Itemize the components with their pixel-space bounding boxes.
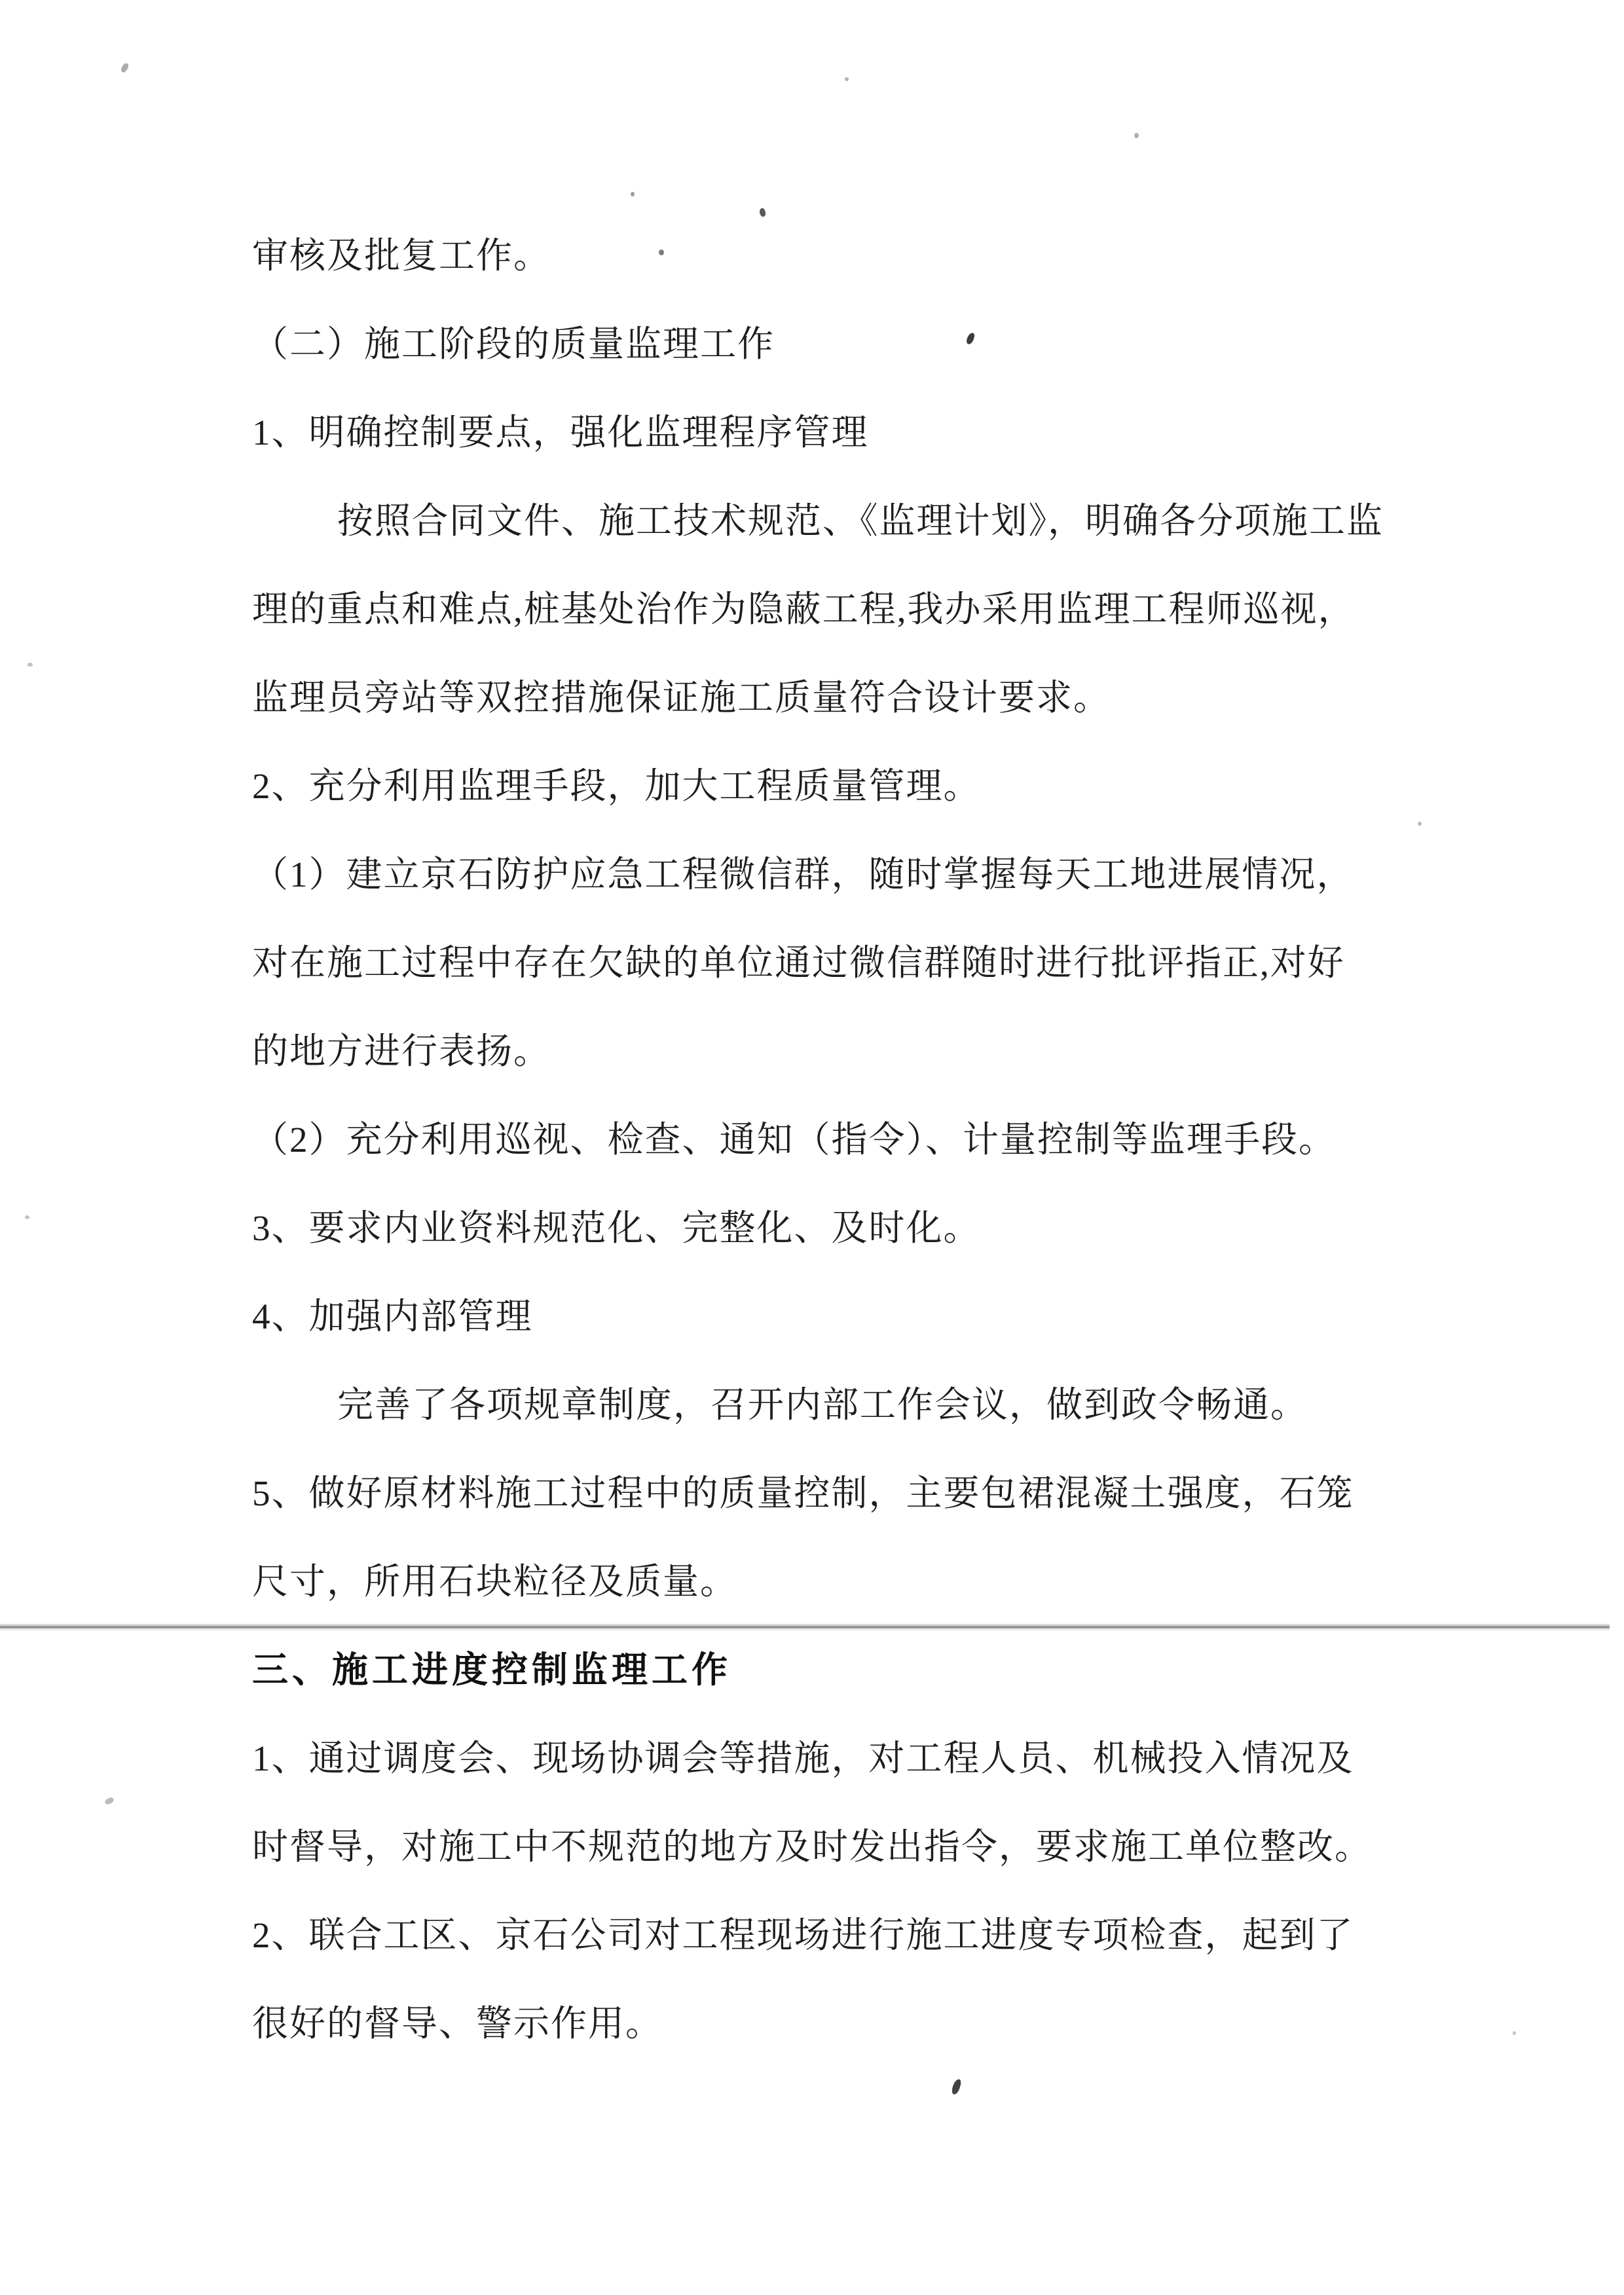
scan-speck: [631, 192, 635, 196]
text-line-11: （2）充分利用巡视、检查、通知（指令）、计量控制等监理手段。: [252, 1092, 1405, 1181]
text-line-2: （二）施工阶段的质量监理工作: [252, 297, 1405, 385]
text-line-21: 很好的督导、警示作用。: [252, 1976, 1405, 2065]
scan-speck: [1134, 133, 1139, 138]
text-line-9: 对在施工过程中存在欠缺的单位通过微信群随时进行批评指正,对好: [252, 915, 1405, 1004]
scan-speck: [1513, 2031, 1516, 2035]
scan-speck: [845, 77, 849, 81]
text-line-4: 按照合同文件、施工技术规范、《监理计划》，明确各分项施工监: [252, 473, 1405, 562]
text-line-6: 监理员旁站等双控措施保证施工质量符合设计要求。: [252, 650, 1405, 739]
text-line-15: 5、做好原材料施工过程中的质量控制，主要包裙混凝土强度，石笼: [252, 1446, 1405, 1534]
text-line-20: 2、联合工区、京石公司对工程现场进行施工进度专项检查，起到了: [252, 1888, 1405, 1976]
text-line-14: 完善了各项规章制度，召开内部工作会议，做到政令畅通。: [252, 1357, 1405, 1446]
scan-speck: [25, 1215, 29, 1219]
text-line-5: 理的重点和难点,桩基处治作为隐蔽工程,我办采用监理工程师巡视，: [252, 562, 1405, 650]
document-body: 审核及批复工作。 （二）施工阶段的质量监理工作 1、明确控制要点，强化监理程序管…: [252, 208, 1405, 2065]
text-line-1: 审核及批复工作。: [252, 208, 1405, 297]
scan-speck: [951, 2078, 961, 2095]
text-line-13: 4、加强内部管理: [252, 1269, 1405, 1357]
text-line-3: 1、明确控制要点，强化监理程序管理: [252, 385, 1405, 473]
text-line-19: 时督导，对施工中不规范的地方及时发出指令，要求施工单位整改。: [252, 1799, 1405, 1888]
text-line-7: 2、充分利用监理手段，加大工程质量管理。: [252, 739, 1405, 827]
scanned-document-page: 审核及批复工作。 （二）施工阶段的质量监理工作 1、明确控制要点，强化监理程序管…: [0, 0, 1624, 2295]
text-line-18: 1、通过调度会、现场协调会等措施，对工程人员、机械投入情况及: [252, 1711, 1405, 1799]
text-line-16: 尺寸，所用石块粒径及质量。: [252, 1534, 1405, 1623]
scan-fold-line: [0, 1624, 1610, 1630]
text-line-10: 的地方进行表扬。: [252, 1004, 1405, 1092]
scan-speck: [659, 249, 664, 255]
text-line-8: （1）建立京石防护应急工程微信群，随时掌握每天工地进展情况，: [252, 827, 1405, 915]
scan-speck: [120, 62, 130, 73]
scan-fold-line-fade: [0, 1628, 1610, 1630]
scan-speck: [1418, 822, 1422, 826]
scan-speck: [104, 1797, 115, 1805]
scan-speck: [28, 663, 33, 667]
text-line-12: 3、要求内业资料规范化、完整化、及时化。: [252, 1181, 1405, 1269]
section-heading: 三、施工进度控制监理工作: [252, 1623, 1405, 1711]
